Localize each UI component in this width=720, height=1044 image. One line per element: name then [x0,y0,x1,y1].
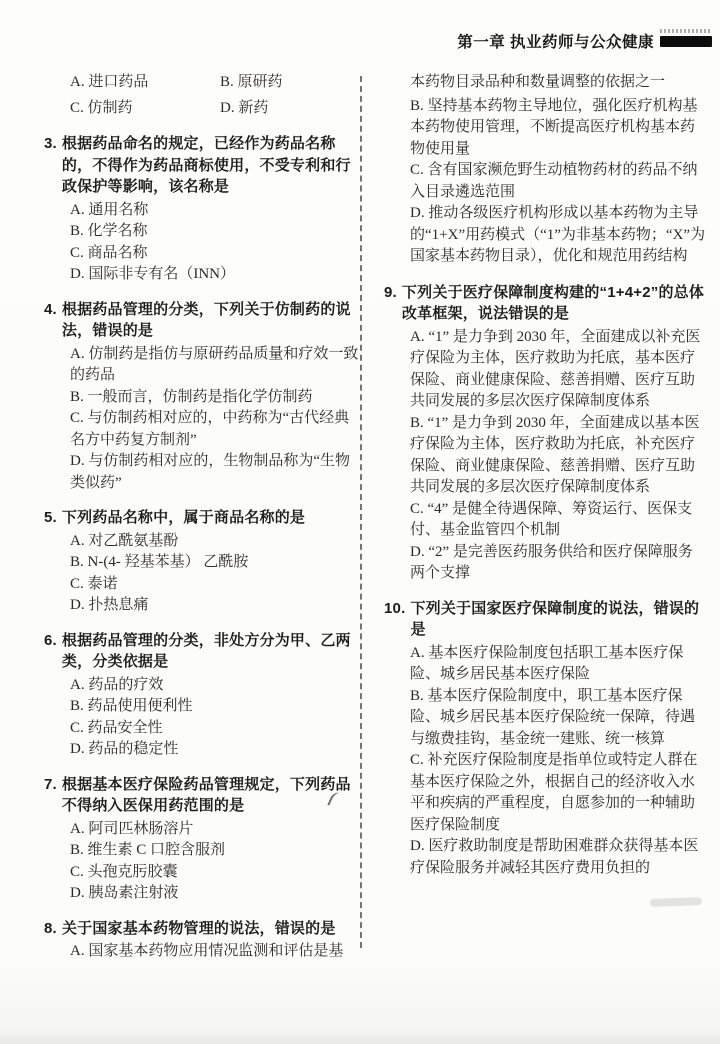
question-stem: 3. 根据药品命名的规定，已经作为药品名称的，不得作为药品商标使用，不受专利和行… [44,133,359,198]
option: B. 原研药 [220,72,359,94]
option: D. 扑热息痛 [70,595,359,617]
option: B. 药品使用便利性 [70,696,359,718]
option-list: A. 对乙酰氨基酚 B. N-(4- 羟基苯基） 乙酰胺 C. 泰诺 D. 扑热… [44,531,359,617]
option: D. “2” 是完善医药服务供给和医疗保障服务两个支撑 [410,542,706,585]
question-number: 7. [44,774,62,817]
option-list: A. 通用名称 B. 化学名称 C. 商品名称 D. 国际非专有名（INN） [44,200,359,286]
option: D. 国际非专有名（INN） [70,264,359,286]
question-number: 4. [44,299,62,342]
option-list: B. 坚持基本药物主导地位，强化医疗机构基本药物使用管理，不断提高医疗机构基本药… [384,96,706,268]
option: C. 药品安全性 [70,718,359,740]
question-text: 根据基本医疗保险药品管理规定，下列药品不得纳入医保用药范围的是 [62,774,359,817]
option: A. 药品的疗效 [70,675,359,697]
option: C. 头孢克肟胶囊 [70,862,359,884]
question-number: 8. [44,918,62,940]
question-number: 10. [384,598,410,641]
option: A. 基本医疗保险制度包括职工基本医疗保险、城乡居民基本医疗保险 [410,643,706,686]
page-header: 第一章 执业药师与公众健康 [0,28,720,54]
option: C. 补充医疗保险制度是指单位或特定人群在基本医疗保险之外，根据自己的经济收入水… [410,750,706,836]
option: B. 化学名称 [70,221,359,243]
option: A. 对乙酰氨基酚 [70,531,359,553]
header-tiny-print [660,29,710,33]
option: A. 通用名称 [70,200,359,222]
option: C. 商品名称 [70,243,359,265]
option: D. 胰岛素注射液 [70,883,359,905]
option: B. 坚持基本药物主导地位，强化医疗机构基本药物使用管理，不断提高医疗机构基本药… [410,96,706,161]
question-9: 9. 下列关于医疗保障制度构建的“1+4+2”的总体改革框架，说法错误的是 A.… [384,282,706,585]
option-list: A. “1” 是力争到 2030 年，全面建成以补充医疗保险为主体，医疗救助为托… [384,327,706,585]
chapter-title: 第一章 执业药师与公众健康 [457,30,654,52]
option-list: A. 基本医疗保险制度包括职工基本医疗保险、城乡居民基本医疗保险 B. 基本医疗… [384,643,706,880]
option: C. 含有国家濒危野生动植物药材的药品不纳入目录遴选范围 [410,160,706,203]
question-8: 8. 关于国家基本药物管理的说法，错误的是 A. 国家基本药物应用情况监测和评估… [44,918,359,963]
option-list: A. 药品的疗效 B. 药品使用便利性 C. 药品安全性 D. 药品的稳定性 [44,675,359,761]
option: A. 国家基本药物应用情况监测和评估是基 [70,941,359,963]
option: B. 一般而言，仿制药是指化学仿制药 [70,387,359,409]
question-number: 3. [44,133,62,198]
question-text: 根据药品管理的分类，下列关于仿制药的说法，错误的是 [62,299,359,342]
question-text: 根据药品命名的规定，已经作为药品名称的，不得作为药品商标使用，不受专利和行政保护… [62,133,359,198]
question-text: 下列关于国家医疗保障制度的说法，错误的是 [410,598,706,641]
question-3: 3. 根据药品命名的规定，已经作为药品名称的，不得作为药品商标使用，不受专利和行… [44,133,359,286]
option: C. “4” 是健全待遇保障、筹资运行、医保支付、基金监管四个机制 [410,499,706,542]
option-continuation: 本药物目录品种和数量调整的依据之一 [410,72,706,94]
option-list: A. 仿制药是指仿与原研药品质量和疗效一致的药品 B. 一般而言，仿制药是指化学… [44,344,359,495]
question-stem: 10. 下列关于国家医疗保障制度的说法，错误的是 [384,598,706,641]
question-10: 10. 下列关于国家医疗保障制度的说法，错误的是 A. 基本医疗保险制度包括职工… [384,598,706,880]
option: A. “1” 是力争到 2030 年，全面建成以补充医疗保险为主体，医疗救助为托… [410,327,706,413]
question-number: 5. [44,507,62,529]
scanned-exam-page: 第一章 执业药师与公众健康 A. 进口药品 B. 原研药 C. 仿制药 D. 新… [0,0,720,1044]
option: A. 仿制药是指仿与原研药品质量和疗效一致的药品 [70,344,359,387]
option: A. 阿司匹林肠溶片 [70,819,359,841]
question-text: 根据药品管理的分类，非处方分为甲、乙两类，分类依据是 [62,630,359,673]
question-2-carryover-options: A. 进口药品 B. 原研药 C. 仿制药 D. 新药 [44,72,359,119]
question-stem: 6. 根据药品管理的分类，非处方分为甲、乙两类，分类依据是 [44,630,359,673]
question-stem: 5. 下列药品名称中，属于商品名称的是 [44,507,359,529]
option-list: A. 阿司匹林肠溶片 B. 维生素 C 口腔含服剂 C. 头孢克肟胶囊 D. 胰… [44,819,359,905]
scan-edge-shadow [0,1030,720,1044]
option: C. 仿制药 [70,98,220,120]
question-5: 5. 下列药品名称中，属于商品名称的是 A. 对乙酰氨基酚 B. N-(4- 羟… [44,507,359,617]
left-column: A. 进口药品 B. 原研药 C. 仿制药 D. 新药 3. 根据药品命名的规定… [44,72,359,976]
question-number: 9. [384,282,402,325]
question-6: 6. 根据药品管理的分类，非处方分为甲、乙两类，分类依据是 A. 药品的疗效 B… [44,630,359,761]
option: D. 药品的稳定性 [70,739,359,761]
question-stem: 7. 根据基本医疗保险药品管理规定，下列药品不得纳入医保用药范围的是 [44,774,359,817]
option-list: A. 国家基本药物应用情况监测和评估是基 [44,941,359,963]
option: C. 与仿制药相对应的，中药称为“古代经典名方中药复方制剂” [70,408,359,451]
option: D. 推动各级医疗机构形成以基本药物为主导的“1+X”用药模式（“1”为非基本药… [410,203,706,268]
option: C. 泰诺 [70,574,359,596]
question-stem: 9. 下列关于医疗保障制度构建的“1+4+2”的总体改革框架，说法错误的是 [384,282,706,325]
option: D. 医疗救助制度是帮助困难群众获得基本医疗保险服务并减轻其医疗费用负担的 [410,836,706,879]
option: B. N-(4- 羟基苯基） 乙酰胺 [70,552,359,574]
option: B. 基本医疗保险制度中，职工基本医疗保险、城乡居民基本医疗保险统一保障，待遇与… [410,686,706,751]
option: A. 进口药品 [70,72,220,94]
question-number: 6. [44,630,62,673]
option: B. 维生素 C 口腔含服剂 [70,840,359,862]
question-text: 下列关于医疗保障制度构建的“1+4+2”的总体改革框架，说法错误的是 [402,282,706,325]
chapter-tab-bar-icon [660,36,712,47]
question-4: 4. 根据药品管理的分类，下列关于仿制药的说法，错误的是 A. 仿制药是指仿与原… [44,299,359,495]
two-column-body: A. 进口药品 B. 原研药 C. 仿制药 D. 新药 3. 根据药品命名的规定… [0,72,720,1044]
right-column: 本药物目录品种和数量调整的依据之一 B. 坚持基本药物主导地位，强化医疗机构基本… [384,72,706,892]
option: D. 与仿制药相对应的，生物制品称为“生物类似药” [70,451,359,494]
option: D. 新药 [220,98,359,120]
question-stem: 8. 关于国家基本药物管理的说法，错误的是 [44,918,359,940]
option: B. “1” 是力争到 2030 年，全面建成以基本医疗保险为主体，医疗救助为托… [410,413,706,499]
question-stem: 4. 根据药品管理的分类，下列关于仿制药的说法，错误的是 [44,299,359,342]
question-7: 7. 根据基本医疗保险药品管理规定，下列药品不得纳入医保用药范围的是 A. 阿司… [44,774,359,905]
question-text: 关于国家基本药物管理的说法，错误的是 [62,918,359,940]
question-text: 下列药品名称中，属于商品名称的是 [62,507,359,529]
column-divider [360,76,362,948]
question-8-continuation: 本药物目录品种和数量调整的依据之一 B. 坚持基本药物主导地位，强化医疗机构基本… [384,72,706,268]
